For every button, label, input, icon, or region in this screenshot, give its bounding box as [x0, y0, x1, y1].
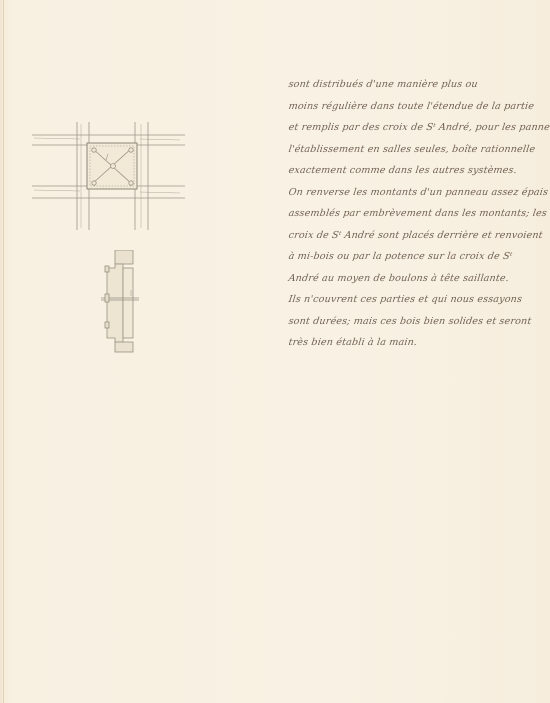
page-edge: [3, 0, 4, 703]
manuscript-page: sont distribués d'une manière plus ou mo…: [0, 0, 550, 703]
text-line: Ils n'couvrent ces parties et qui nous e…: [287, 289, 550, 311]
text-line: très bien établi à la main.: [287, 332, 550, 354]
text-line: exactement comme dans les autres système…: [287, 160, 550, 182]
text-line: moins régulière dans toute l'étendue de …: [287, 96, 550, 118]
text-line: et remplis par des croix de Sᵗ André, po…: [287, 117, 550, 139]
text-line: On renverse les montants d'un panneau as…: [287, 182, 550, 204]
timber-frame-drawing: [20, 110, 200, 250]
text-line: à mi-bois ou par la potence sur la croix…: [287, 246, 550, 268]
text-line: assemblés par embrèvement dans les monta…: [287, 203, 550, 225]
text-line: sont durées; mais ces bois bien solides …: [287, 311, 550, 333]
text-line: André au moyen de boulons à tête saillan…: [287, 268, 550, 290]
text-line: croix de Sᵗ André sont placés derrière e…: [287, 225, 550, 247]
text-line: l'établissement en salles seules, boîte …: [287, 139, 550, 161]
timber-section-drawing: [95, 250, 155, 360]
handwritten-text: sont distribués d'une manière plus ou mo…: [287, 74, 547, 354]
text-line: sont distribués d'une manière plus ou: [287, 74, 550, 96]
